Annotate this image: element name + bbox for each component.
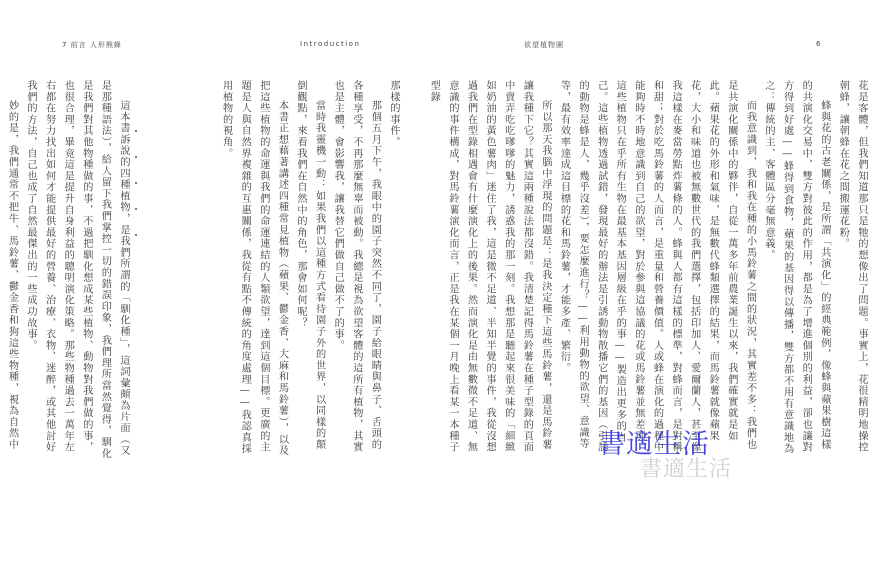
- paragraph: 而我意識到，我和我在種的小馬鈴薯之間的狀況，其實差不多：我們也是共演化關係中的夥…: [554, 80, 759, 460]
- page-number: 6: [816, 40, 821, 48]
- running-title-english: Introduction: [300, 40, 360, 48]
- right-page: 欲望植物園 6 花是客體，但我們知道那只是牠的想像出了問題。事實上，花很精明地操…: [442, 0, 884, 567]
- paragraph: 蜂與花的古老關係，是所謂「共演化」的經典範例，像蜂與蘋果樹這樣的共演化交易中，雙…: [758, 80, 832, 460]
- paragraph: 本書正想藉著講述四種常見植物（蘋果、鬱金香、大麻和馬鈴薯），以及把這些植物的命運…: [216, 80, 290, 460]
- dot: [135, 208, 137, 210]
- paragraph: 那個五月下午，我眼中的園子突然不同了，園子給眼睛與鼻子、舌頭的各種享受，不再那麼…: [328, 80, 384, 460]
- dot: [135, 156, 137, 158]
- paragraph: 那樣的事件。: [383, 80, 402, 460]
- paragraph: 妙的是，我們通常不把牛、馬鈴薯、鬱金香和狗這些物種，視為自然中比較非凡的生物。馴…: [0, 80, 20, 460]
- dot: [135, 182, 137, 184]
- left-page: 7 前言 人形熊蜂 Introduction 那樣的事件。 那個五月下午，我眼中…: [0, 0, 442, 567]
- paragraph: 所以那天我腦中浮現的問題是：是我決定種下這些馬鈴薯，還是馬鈴薯讓我種下它？其實這…: [424, 80, 554, 460]
- right-page-body: 花是客體，但我們知道那只是牠的想像出了問題。事實上，花很精明地操控朝蜂，讓朝蜂在…: [492, 80, 870, 460]
- dot: [135, 234, 137, 236]
- left-page-body-continued: 這本書訴說的四種植物，是我們所謂的「馴化種」，這詞彙頗為片面（又是那種語法），給…: [62, 80, 132, 460]
- book-title-header: 欲望植物園: [524, 40, 564, 50]
- section-break-dots: [133, 130, 139, 260]
- dot: [135, 130, 137, 132]
- chapter-header: 7 前言 人形熊蜂: [62, 40, 122, 50]
- left-page-body: 那樣的事件。 那個五月下午，我眼中的園子突然不同了，園子給眼睛與鼻子、舌頭的各種…: [97, 80, 402, 460]
- paragraph: 當時我靈機一動：如果我們以這種方式看待園子外的世界，以同樣的顛倒觀點，來看我們在…: [290, 80, 327, 460]
- paragraph: 花是客體，但我們知道那只是牠的想像出了問題。事實上，花很精明地操控朝蜂，讓朝蜂在…: [833, 80, 870, 460]
- paragraph: 這本書訴說的四種植物，是我們所謂的「馴化種」，這詞彙頗為片面（又是那種語法），給…: [20, 80, 132, 460]
